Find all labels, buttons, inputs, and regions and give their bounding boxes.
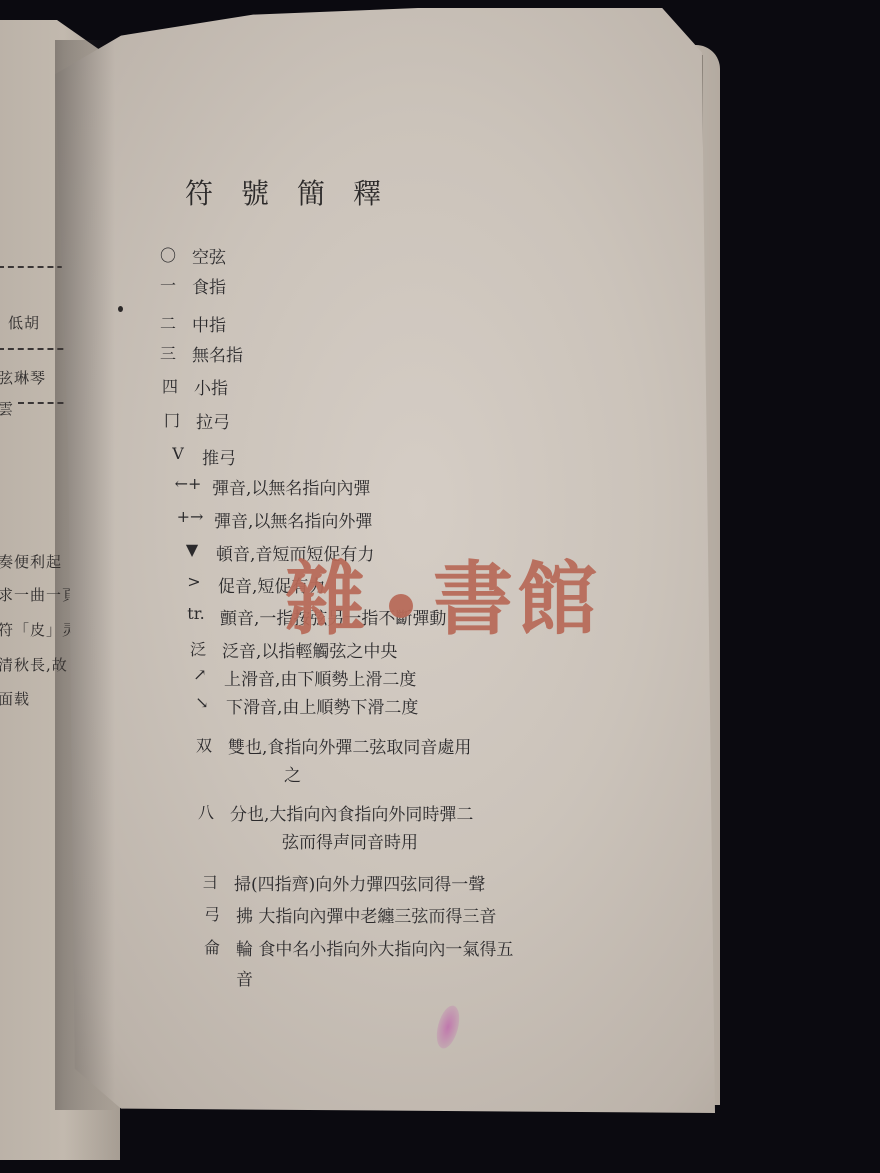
watermark: 雜書館: [285, 535, 601, 650]
description: 輪 食中名小指向外大指向內一氣得五: [236, 935, 513, 960]
symbol: 一: [148, 273, 188, 296]
symbol: 〇: [148, 243, 188, 266]
watermark-left: 雜: [285, 552, 369, 646]
description: 上滑音,由下順勢上滑二度: [224, 665, 416, 690]
continuation: 音: [236, 965, 253, 990]
description: 推弓: [202, 444, 236, 469]
left-fragment: 弦琳琴: [0, 367, 46, 388]
description: 彈音,以無名指向外彈: [214, 507, 372, 532]
symbol: 冂: [152, 408, 192, 431]
continuation: 弦而得声同音時用: [282, 828, 418, 853]
description: 小指: [194, 374, 228, 399]
symbol: V: [158, 444, 198, 463]
symbol: tr.: [176, 604, 216, 623]
description: 空弦: [192, 243, 226, 268]
description: 拉弓: [196, 408, 230, 433]
symbol: 二: [148, 311, 188, 334]
symbol: ▼: [172, 540, 212, 559]
symbol: ↗: [180, 665, 220, 684]
symbol: 泛: [178, 637, 218, 660]
ink-spot: [118, 306, 123, 312]
description: 無名指: [192, 341, 243, 366]
description: 食指: [192, 273, 226, 298]
symbol: 八: [186, 800, 226, 823]
symbol: ←+: [168, 474, 208, 493]
description: 彈音,以無名指向內彈: [212, 474, 370, 499]
symbol: 弓: [192, 902, 232, 925]
symbol: ↘: [182, 693, 222, 712]
left-fragment: 低胡: [8, 312, 40, 333]
page-title: 符號簡釋: [185, 172, 409, 212]
symbol: 三: [148, 341, 188, 364]
left-fragment: 奏便利起: [0, 551, 62, 572]
watermark-dot: [389, 594, 413, 618]
description: 掃(四指齊)向外力彈四弦同得一聲: [234, 870, 485, 895]
description: 分也,大指向內食指向外同時彈二: [230, 800, 473, 825]
watermark-right: 書館: [433, 552, 601, 646]
symbol: 侖: [192, 935, 232, 958]
symbol: +→: [170, 507, 210, 526]
symbol: 彐: [190, 870, 230, 893]
symbol: 四: [150, 374, 190, 397]
description: 雙也,食指向外彈二弦取同音處用: [228, 733, 471, 758]
left-fragment: 雲: [0, 398, 14, 419]
symbol: 双: [184, 733, 224, 756]
description: 拂 大指向內彈中老纏三弦而得三音: [236, 902, 496, 927]
description: 下滑音,由上順勢下滑二度: [226, 693, 418, 718]
continuation: 之: [284, 761, 301, 786]
symbol: >: [174, 572, 214, 591]
left-fragment: 面载: [0, 688, 30, 709]
spine-shadow: [55, 40, 115, 1110]
description: 中指: [192, 311, 226, 336]
